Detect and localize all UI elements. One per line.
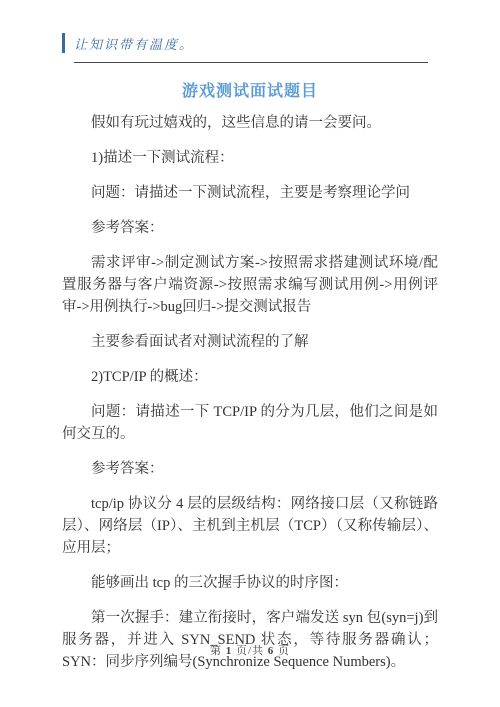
paragraph: 参考答案：	[62, 217, 438, 239]
header-slogan: 让知识带有温度。	[74, 34, 194, 53]
paragraph: 主要参看面试者对测试流程的了解	[62, 331, 438, 353]
footer-page-middle: 页/共	[236, 645, 264, 657]
page-footer: 第 1 页/共 6 页	[0, 642, 500, 658]
footer-page-suffix: 页	[278, 645, 290, 657]
document-body: 假如有玩过嬉戏的，这些信息的请一会要问。1)描述一下测试流程：问题：请描述一下测…	[62, 112, 438, 686]
paragraph: tcp/ip 协议分 4 层的层级结构：网络接口层（又称链路层）、网络层（IP）…	[62, 493, 438, 559]
header-divider	[74, 62, 428, 63]
document-title: 游戏测试面试题目	[0, 78, 500, 101]
page-header: 让知识带有温度。	[62, 33, 428, 71]
paragraph: 1)描述一下测试流程：	[62, 147, 438, 169]
footer-page-prefix: 第	[210, 645, 222, 657]
paragraph: 需求评审->制定测试方案->按照需求搭建测试环境/配置服务器与客户端资源->按照…	[62, 252, 438, 318]
paragraph: 能够画出 tcp 的三次握手协议的时序图：	[62, 572, 438, 594]
paragraph: 问题：请描述一下 TCP/IP 的分为几层，他们之间是如何交互的。	[62, 401, 438, 445]
footer-current-page: 1	[226, 645, 233, 657]
document-page: 让知识带有温度。 游戏测试面试题目 假如有玩过嬉戏的，这些信息的请一会要问。1)…	[0, 0, 500, 707]
paragraph: 第一次握手：建立衔接时，客户端发送 syn 包(syn=j)到服务器，并进入 S…	[62, 607, 438, 673]
paragraph: 参考答案：	[62, 458, 438, 480]
paragraph: 2)TCP/IP 的概述：	[62, 366, 438, 388]
paragraph: 假如有玩过嬉戏的，这些信息的请一会要问。	[62, 112, 438, 134]
paragraph: 问题：请描述一下测试流程，主要是考察理论学问	[62, 182, 438, 204]
header-accent-bar	[62, 33, 65, 53]
footer-total-pages: 6	[268, 645, 275, 657]
